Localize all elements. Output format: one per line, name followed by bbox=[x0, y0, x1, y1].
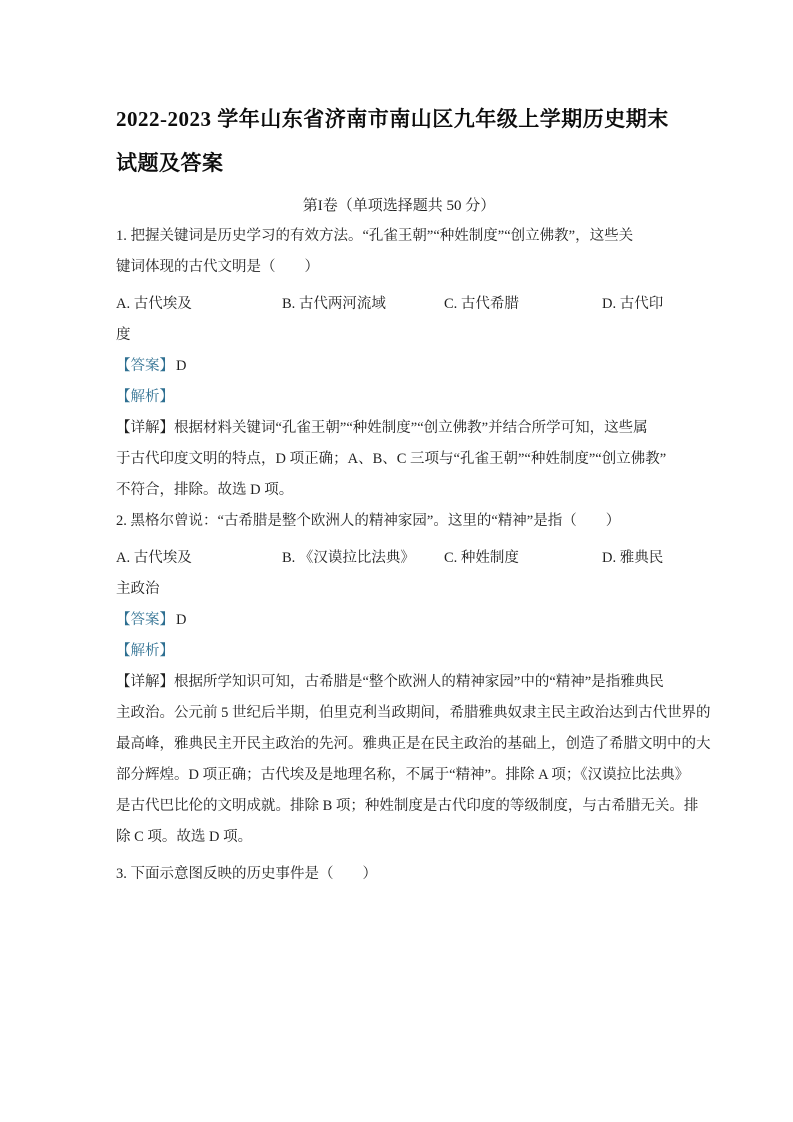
question-2-option-d: D. 雅典民 bbox=[602, 543, 663, 574]
question-2-stem-line-1: 2. 黑格尔曾说：“古希腊是整个欧洲人的精神家园”。这里的“精神”是指（ ） bbox=[116, 506, 682, 537]
exam-document-page: 2022-2023 学年山东省济南市南山区九年级上学期历史期末 试题及答案 第I… bbox=[0, 0, 793, 1122]
question-1-detail-line-3: 不符合，排除。故选 D 项。 bbox=[116, 475, 682, 506]
question-2-option-d-overflow: 主政治 bbox=[116, 574, 682, 605]
question-2-answer-line: 【答案】D bbox=[116, 605, 682, 636]
question-1-answer-value: D bbox=[174, 358, 186, 374]
question-1: 1. 把握关键词是历史学习的有效方法。“孔雀王朝”“种姓制度”“创立佛教”，这些… bbox=[116, 221, 682, 506]
question-2-options-row: A. 古代埃及 B. 《汉谟拉比法典》 C. 种姓制度 D. 雅典民 bbox=[116, 543, 682, 574]
title-line-1: 2022-2023 学年山东省济南市南山区九年级上学期历史期末 bbox=[116, 97, 682, 141]
question-1-option-a: A. 古代埃及 bbox=[116, 289, 192, 320]
question-1-analysis-label: 【解析】 bbox=[116, 382, 682, 413]
question-1-option-c: C. 古代希腊 bbox=[444, 289, 519, 320]
question-1-options-row: A. 古代埃及 B. 古代两河流域 C. 古代希腊 D. 古代印 bbox=[116, 289, 682, 320]
question-2: 2. 黑格尔曾说：“古希腊是整个欧洲人的精神家园”。这里的“精神”是指（ ） A… bbox=[116, 506, 682, 853]
question-2-detail-line-5: 是古代巴比伦的文明成就。排除 B 项；种姓制度是古代印度的等级制度，与古希腊无关… bbox=[116, 791, 682, 822]
question-2-detail-line-3: 最高峰，雅典民主开民主政治的先河。雅典正是在民主政治的基础上，创造了希腊文明中的… bbox=[116, 729, 682, 760]
question-3: 3. 下面示意图反映的历史事件是（ ） bbox=[116, 859, 682, 890]
answer-label: 【答案】 bbox=[116, 358, 174, 374]
question-2-option-a: A. 古代埃及 bbox=[116, 543, 192, 574]
question-2-detail-line-1: 【详解】根据所学知识可知，古希腊是“整个欧洲人的精神家园”中的“精神”是指雅典民 bbox=[116, 667, 682, 698]
question-2-option-b: B. 《汉谟拉比法典》 bbox=[282, 543, 415, 574]
question-1-option-b: B. 古代两河流域 bbox=[282, 289, 386, 320]
question-2-answer-value: D bbox=[174, 612, 186, 628]
question-2-analysis-label: 【解析】 bbox=[116, 636, 682, 667]
question-2-detail-line-2: 主政治。公元前 5 世纪后半期，伯里克利当政期间，希腊雅典奴隶主民主政治达到古代… bbox=[116, 698, 682, 729]
question-1-stem-line-1: 1. 把握关键词是历史学习的有效方法。“孔雀王朝”“种姓制度”“创立佛教”，这些… bbox=[116, 221, 682, 252]
question-2-detail-line-4: 部分辉煌。D 项正确；古代埃及是地理名称，不属于“精神”。排除 A 项；《汉谟拉… bbox=[116, 760, 682, 791]
question-1-stem-line-2: 键词体现的古代文明是（ ） bbox=[116, 252, 682, 283]
section-header: 第I卷（单项选择题共 50 分） bbox=[116, 191, 682, 221]
document-content: 2022-2023 学年山东省济南市南山区九年级上学期历史期末 试题及答案 第I… bbox=[116, 0, 682, 890]
question-1-answer-line: 【答案】D bbox=[116, 351, 682, 382]
question-2-detail-line-6: 除 C 项。故选 D 项。 bbox=[116, 822, 682, 853]
answer-label: 【答案】 bbox=[116, 612, 174, 628]
question-3-stem-line-1: 3. 下面示意图反映的历史事件是（ ） bbox=[116, 859, 682, 890]
title-line-2: 试题及答案 bbox=[116, 141, 682, 185]
question-1-option-d: D. 古代印 bbox=[602, 289, 663, 320]
question-1-option-d-overflow: 度 bbox=[116, 320, 682, 351]
question-2-option-c: C. 种姓制度 bbox=[444, 543, 519, 574]
question-1-detail-line-1: 【详解】根据材料关键词“孔雀王朝”“种姓制度”“创立佛教”并结合所学可知，这些属 bbox=[116, 413, 682, 444]
question-1-detail-line-2: 于古代印度文明的特点，D 项正确；A、B、C 三项与“孔雀王朝”“种姓制度”“创… bbox=[116, 444, 682, 475]
document-title: 2022-2023 学年山东省济南市南山区九年级上学期历史期末 试题及答案 bbox=[116, 97, 682, 185]
